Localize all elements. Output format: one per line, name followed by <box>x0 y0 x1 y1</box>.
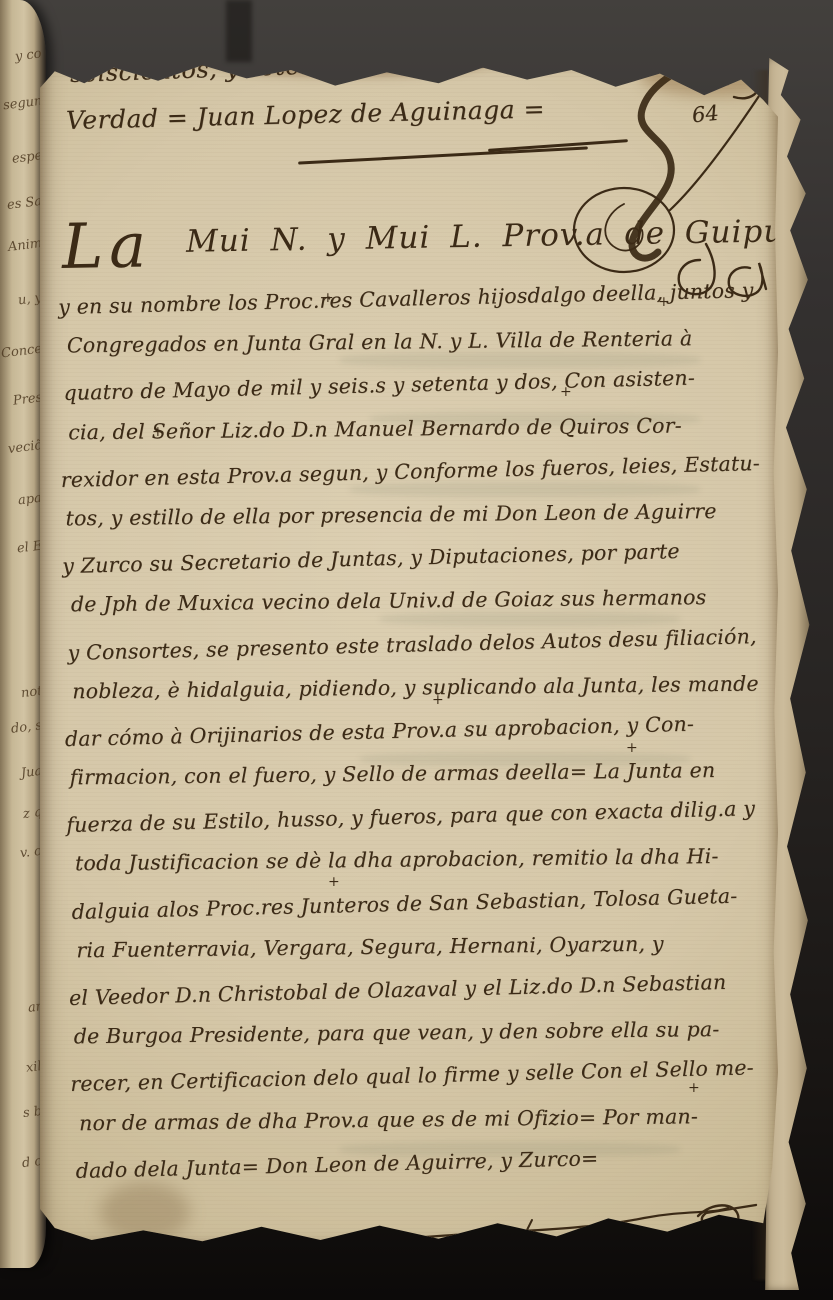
backdrop-shadow-band <box>226 0 252 62</box>
spine-text-fragment: el E <box>16 539 43 557</box>
insertion-mark: + <box>322 290 334 306</box>
rubric-strike-line <box>298 146 588 164</box>
closing-flourish <box>376 1192 768 1256</box>
spine-text-fragment: veciõ <box>7 438 43 457</box>
spine-text-fragment: do, s <box>10 718 43 737</box>
insertion-mark: + <box>658 294 670 310</box>
insertion-mark: + <box>626 740 638 756</box>
heading-text: Mui N. y Mui L. Prov.a de Guipuz. <box>186 213 813 260</box>
spine-text-fragment: not <box>20 684 43 702</box>
insertion-mark: + <box>328 874 340 890</box>
body-text: y en su nombre los Proc.res Cavalleros h… <box>58 281 778 1199</box>
spine-text-fragment: s b <box>22 1104 43 1121</box>
insertion-mark: + <box>560 384 572 400</box>
prior-entry-line: Verdad = Juan Lopez de Aguinaga = <box>66 94 546 135</box>
heading-initial: La <box>61 208 152 283</box>
photograph-backdrop: y co segun espe es Sa Anim u, y Conce Pr… <box>0 0 833 1300</box>
spine-text-fragment: es Sa <box>6 194 43 213</box>
spine-text-fragment: espe <box>11 148 43 167</box>
insertion-mark: + <box>432 692 444 708</box>
spine-text-fragment: segun <box>2 94 43 114</box>
spine-text-fragment: d o <box>21 1154 43 1171</box>
spine-text-fragment: y co <box>15 46 43 64</box>
prior-entry-line: seiscientos, y setenta, y dos años = En … <box>70 38 710 88</box>
spine-text-fragment: Conce <box>0 342 43 362</box>
spine-text-fragment: Pres <box>12 390 43 408</box>
spine-text-fragment: v. o <box>19 844 43 862</box>
spine-text-fragment: z q <box>22 805 43 822</box>
spine-text-fragment: Anim <box>7 236 43 255</box>
insertion-mark: + <box>688 1080 700 1096</box>
margin-dash <box>56 1247 120 1252</box>
spine-text-fragment: u, y <box>17 291 43 309</box>
catchword-rule <box>138 1269 208 1273</box>
spine-text-fragment: Jua <box>20 764 43 781</box>
catchword: mo. <box>97 1233 133 1257</box>
book-spine-previous-page: y co segun espe es Sa Anim u, y Conce Pr… <box>0 0 46 1268</box>
manuscript-page: seiscientos, y setenta, y dos años = En … <box>40 52 778 1252</box>
top-edge-stain <box>220 48 480 74</box>
document-heading: LaMui N. y Mui L. Prov.a de Guipuz. <box>61 198 762 283</box>
insertion-mark: + <box>152 424 164 440</box>
spine-text-fragment: apa <box>17 491 42 509</box>
